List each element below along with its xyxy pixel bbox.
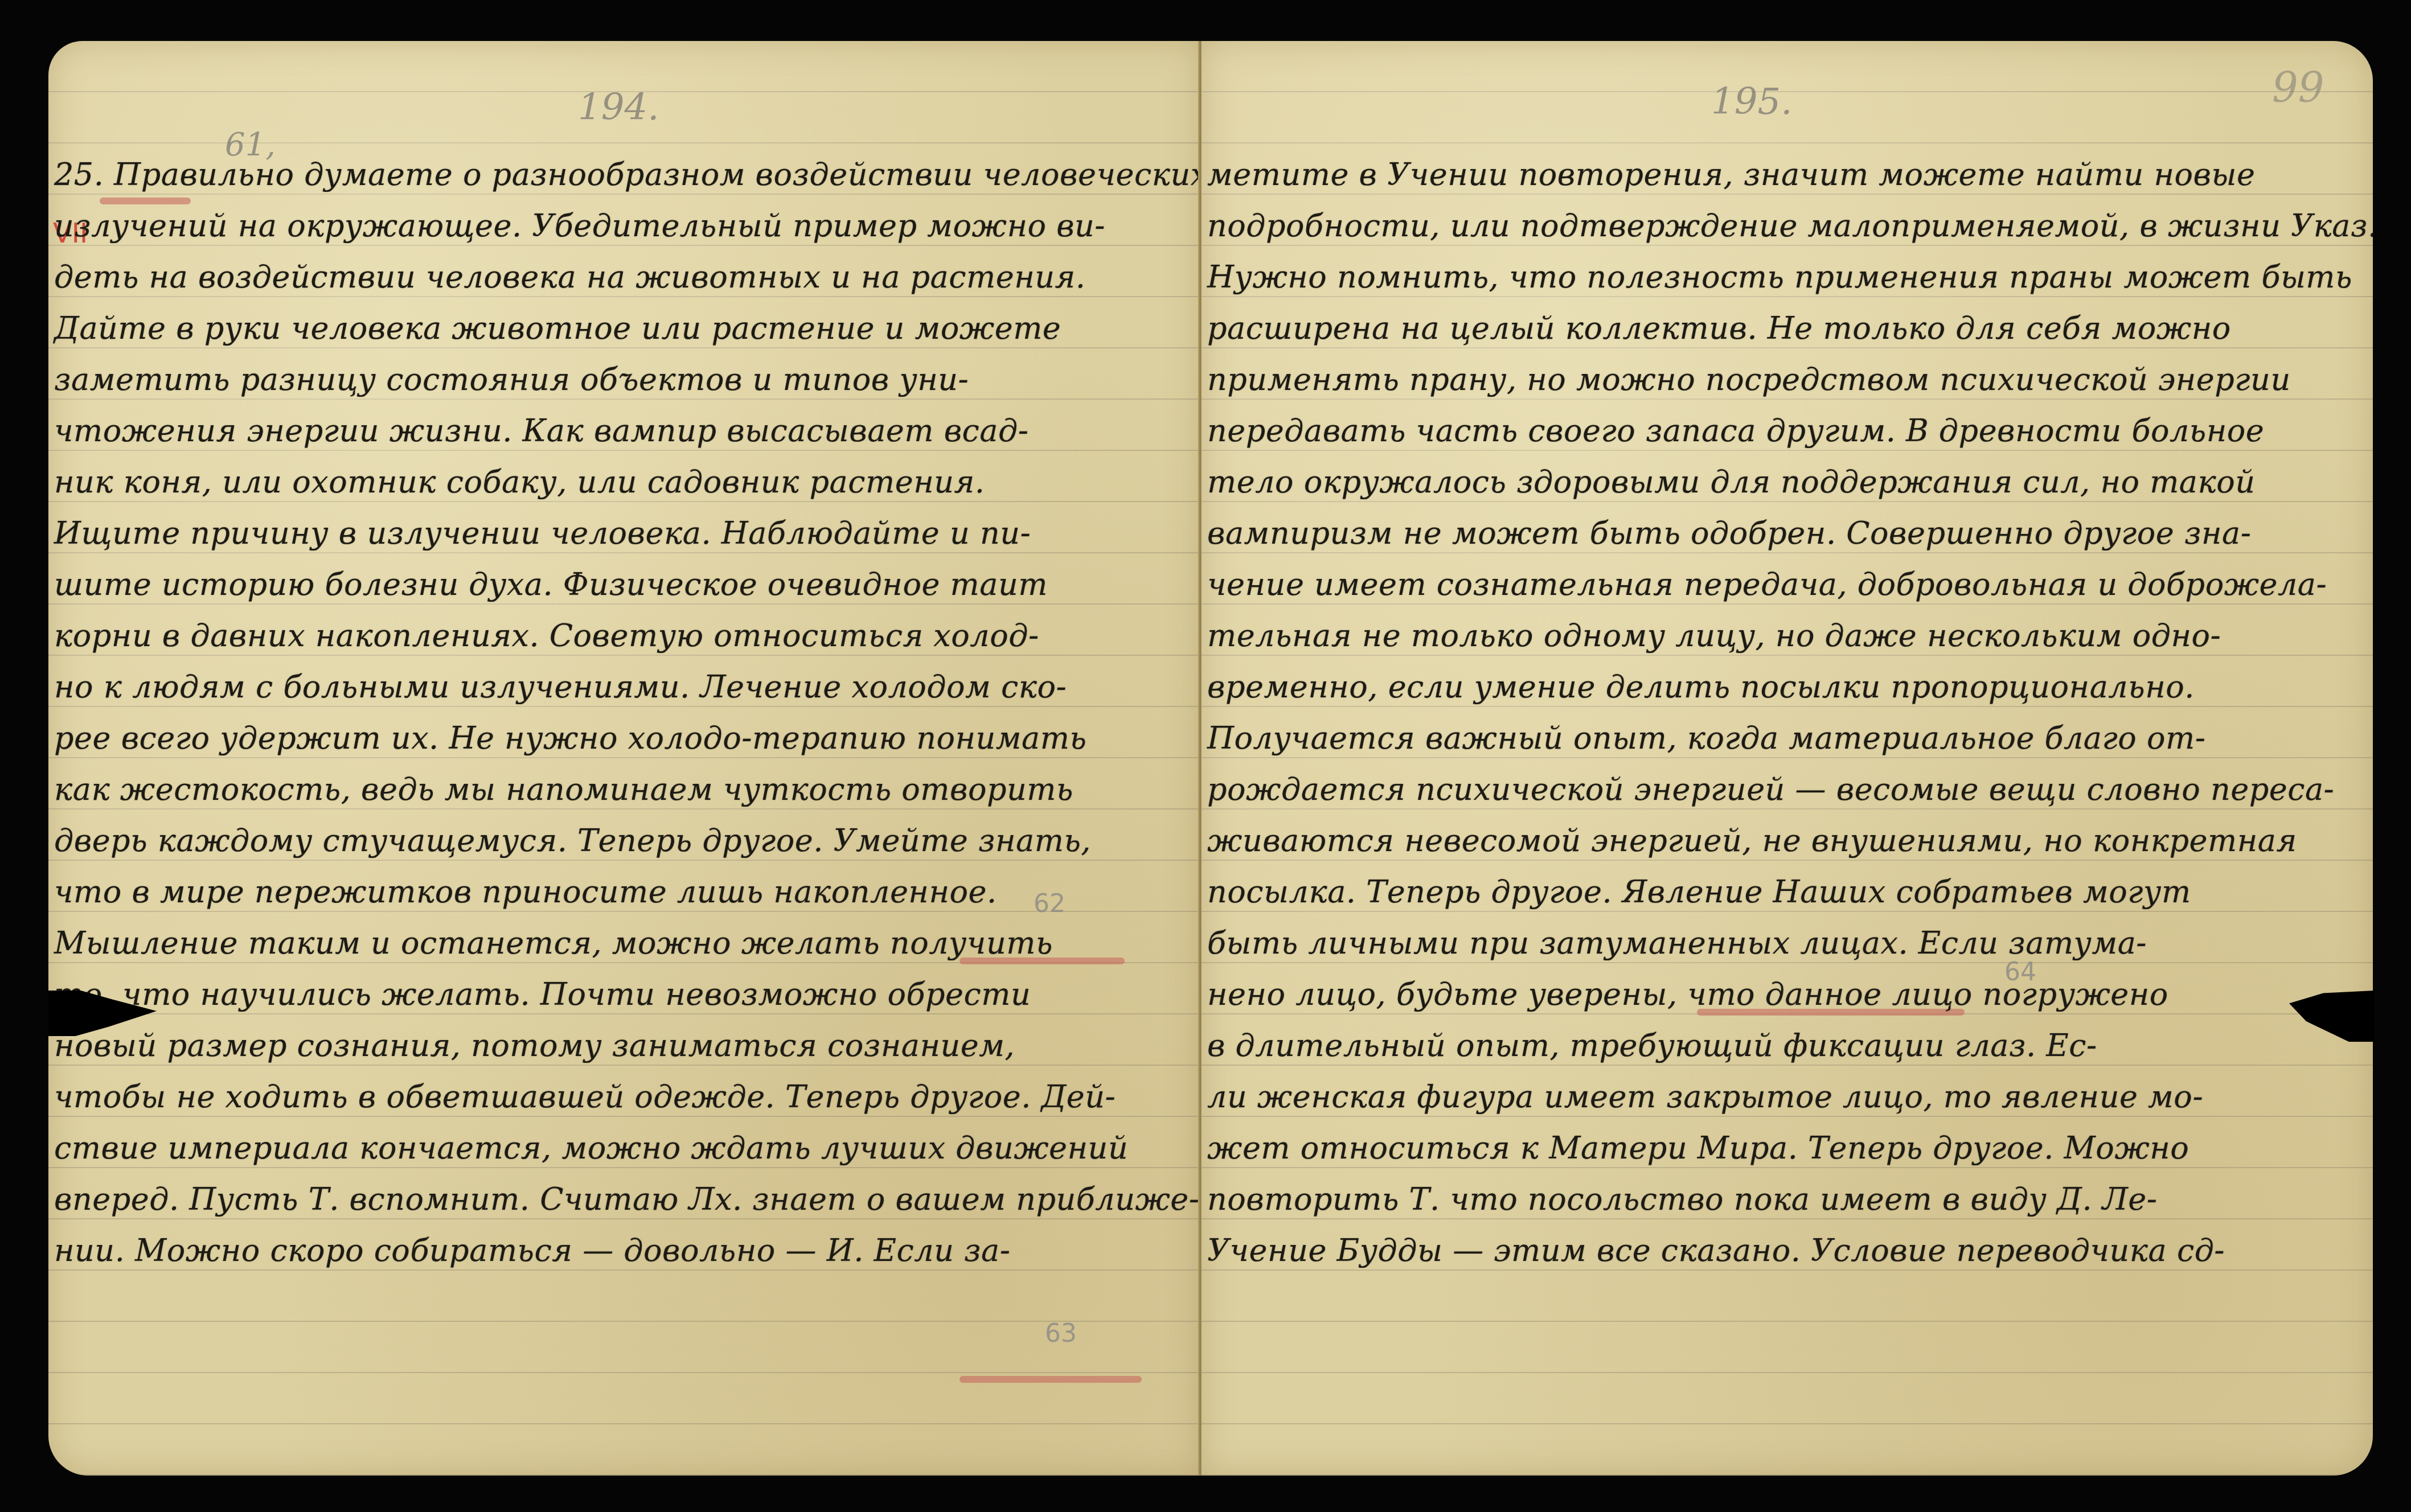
text-line: дверь каждому стучащемуся. Теперь другое… xyxy=(48,815,1200,866)
text-line: чтожения энергии жизни. Как вампир высас… xyxy=(48,405,1200,457)
text-line: Учение Будды — этим все сказано. Условие… xyxy=(1202,1225,2373,1276)
text-line: передавать часть своего запаса другим. В… xyxy=(1202,405,2373,457)
text-line: повторить Т. что посольство пока имеет в… xyxy=(1202,1174,2373,1225)
left-page: 194. 61, VII 62 63 25. Правильно думаете… xyxy=(48,41,1200,1476)
text-line: временно, если умение делить посылки про… xyxy=(1202,661,2373,713)
text-line: посылка. Теперь другое. Явление Наших со… xyxy=(1202,866,2373,918)
text-line: заметить разницу состояния объектов и ти… xyxy=(48,354,1200,405)
text-line: то, что научились желать. Почти невозмож… xyxy=(48,969,1200,1020)
text-line: Мышление таким и останется, можно желать… xyxy=(48,918,1200,969)
text-line: ник коня, или охотник собаку, или садовн… xyxy=(48,457,1200,508)
text-line: расширена на целый коллектив. Не только … xyxy=(1202,303,2373,354)
text-line: Получается важный опыт, когда материальн… xyxy=(1202,713,2373,764)
text-line: тельная не только одному лицу, но даже н… xyxy=(1202,610,2373,661)
pencil-annotation-63: 63 xyxy=(1045,1319,1077,1348)
text-line: быть личными при затуманенных лицах. Есл… xyxy=(1202,918,2373,969)
text-line: ствие империала кончается, можно ждать л… xyxy=(48,1123,1200,1174)
text-line: 25. Правильно думаете о разнообразном во… xyxy=(48,149,1200,200)
text-line: ли женская фигура имеет закрытое лицо, т… xyxy=(1202,1071,2373,1123)
text-line: тело окружалось здоровыми для поддержани… xyxy=(1202,457,2373,508)
text-line: нено лицо, будьте уверены, что данное ли… xyxy=(1202,969,2373,1020)
text-line: подробности, или подтверждение малоприме… xyxy=(1202,200,2373,252)
text-line: жет относиться к Матери Мира. Теперь дру… xyxy=(1202,1123,2373,1174)
text-line: излучений на окружающее. Убедительный пр… xyxy=(48,200,1200,252)
text-line: чение имеет сознательная передача, добро… xyxy=(1202,559,2373,610)
text-line: как жестокость, ведь мы напоминаем чутко… xyxy=(48,764,1200,815)
page-number-right: 195. xyxy=(1711,81,1793,123)
text-line: Нужно помнить, что полезность применения… xyxy=(1202,252,2373,303)
text-line: метите в Учении повторения, значит может… xyxy=(1202,149,2373,200)
red-underline-3 xyxy=(960,1376,1142,1383)
text-line: деть на воздействии человека на животных… xyxy=(48,252,1200,303)
right-page: 195. 99 64 метите в Учении повторения, з… xyxy=(1202,41,2373,1476)
text-line: вампиризм не может быть одобрен. Соверше… xyxy=(1202,508,2373,559)
text-line: Дайте в руки человека животное или расте… xyxy=(48,303,1200,354)
archive-number-right: 99 xyxy=(2272,64,2324,112)
page-number-left: 194. xyxy=(578,87,659,129)
notebook-spread: 194. 61, VII 62 63 25. Правильно думаете… xyxy=(0,0,2411,1512)
text-line: корни в давних накоплениях. Советую отно… xyxy=(48,610,1200,661)
right-page-text: метите в Учении повторения, значит может… xyxy=(1202,149,2373,1276)
text-line: применять прану, но можно посредством пс… xyxy=(1202,354,2373,405)
text-line: шите историю болезни духа. Физическое оч… xyxy=(48,559,1200,610)
text-line: в длительный опыт, требующий фиксации гл… xyxy=(1202,1020,2373,1071)
text-line: новый размер сознания, потому заниматься… xyxy=(48,1020,1200,1071)
text-line: чтобы не ходить в обветшавшей одежде. Те… xyxy=(48,1071,1200,1123)
text-line: что в мире пережитков приносите лишь нак… xyxy=(48,866,1200,918)
text-line: нии. Можно скоро собираться — довольно —… xyxy=(48,1225,1200,1276)
text-line: рее всего удержит их. Не нужно холодо-те… xyxy=(48,713,1200,764)
text-line: живаются невесомой энергией, не внушения… xyxy=(1202,815,2373,866)
text-line: рождается психической энергией — весомые… xyxy=(1202,764,2373,815)
left-page-text: 25. Правильно думаете о разнообразном во… xyxy=(48,149,1200,1276)
text-line: но к людям с больными излучениями. Лечен… xyxy=(48,661,1200,713)
text-line: вперед. Пусть Т. вспомнит. Считаю Лх. зн… xyxy=(48,1174,1200,1225)
text-line: Ищите причину в излучении человека. Набл… xyxy=(48,508,1200,559)
